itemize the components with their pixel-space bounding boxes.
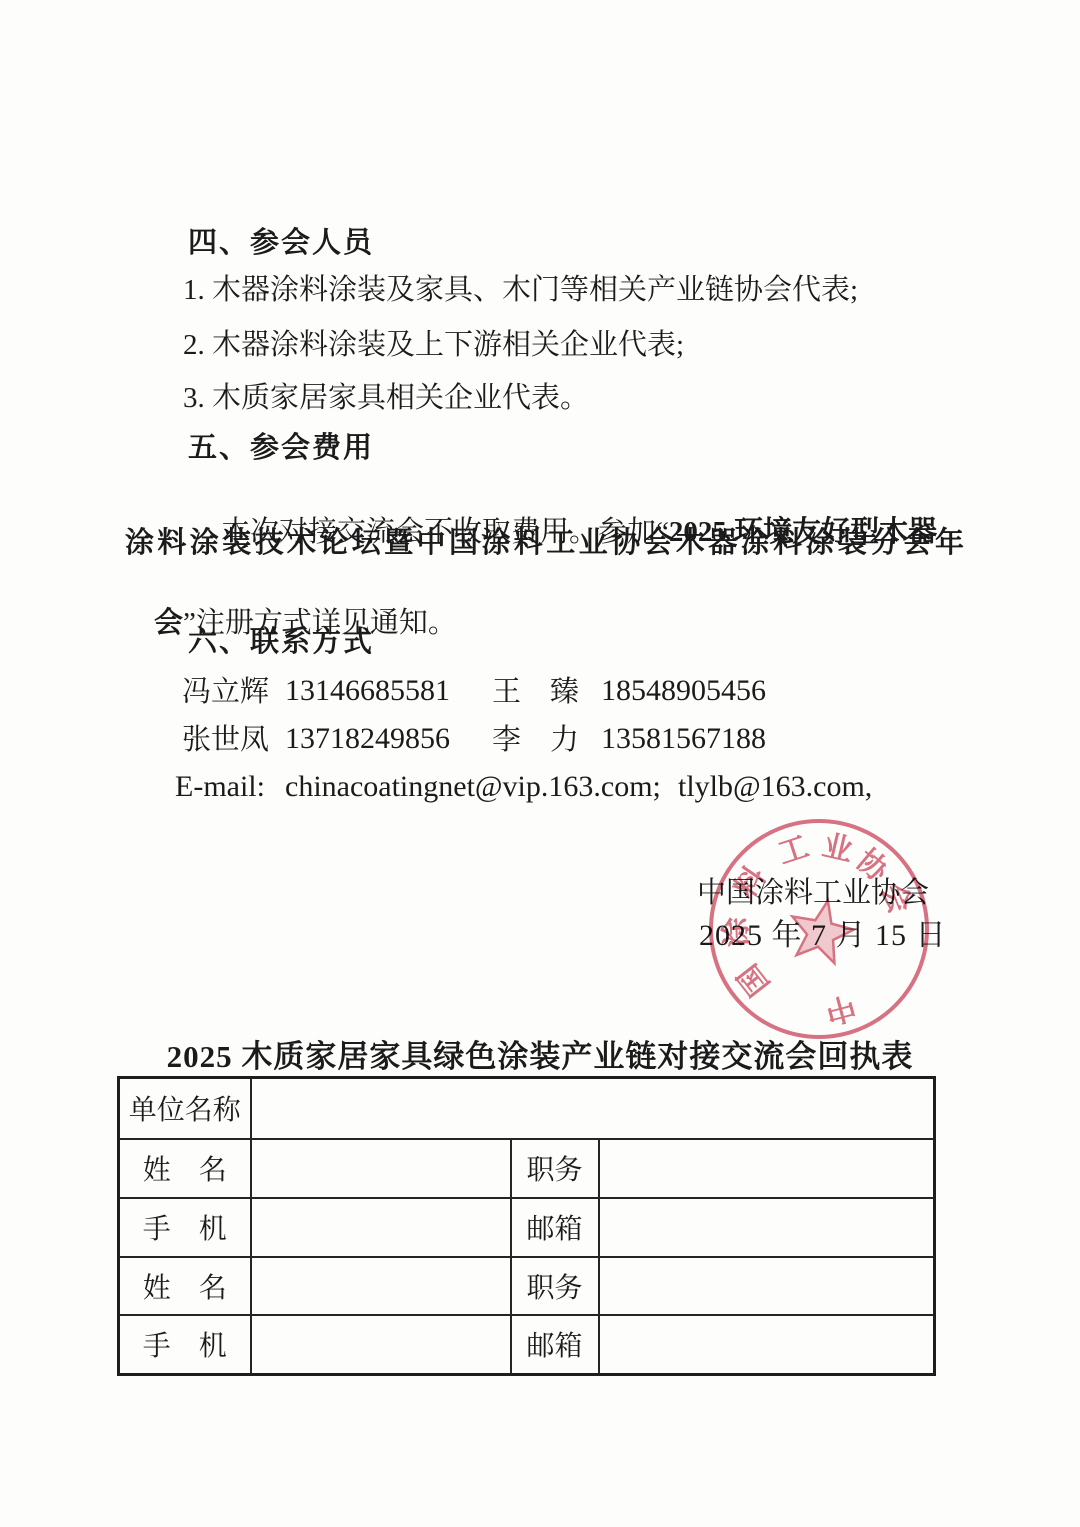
contact-name-4: 李 力: [492, 723, 579, 757]
field-label-title-2: 职务: [511, 1257, 599, 1315]
seal-ring-char: 工: [774, 830, 813, 871]
fee-line3-bold: 会: [154, 607, 183, 639]
field-input-mobile-1: [251, 1198, 511, 1257]
section-heading-fee: 五、参会费用: [188, 431, 374, 465]
contact-name-1: 冯立辉: [182, 675, 269, 709]
field-input-title-2: [599, 1257, 935, 1315]
contact-phone-3: 13718249856: [285, 722, 450, 756]
reply-form-table: 单位名称 姓 名 职务 手 机 邮箱 姓 名 职务 手 机 邮箱: [117, 1076, 936, 1376]
field-input-name-1: [251, 1139, 511, 1198]
field-input-company: [251, 1078, 935, 1139]
table-row-mobile-1: 手 机 邮箱: [119, 1198, 935, 1257]
section-heading-contact: 六、联系方式: [188, 625, 374, 659]
field-input-name-2: [251, 1257, 511, 1315]
field-input-email-2: [599, 1315, 935, 1375]
table-row-mobile-2: 手 机 邮箱: [119, 1315, 935, 1375]
email-address-2: tlylb@163.com,: [678, 770, 872, 804]
seal-ring-char: 协: [850, 844, 895, 889]
email-address-1: chinacoatingnet@vip.163.com;: [285, 770, 661, 804]
section-heading-attendees: 四、参会人员: [188, 226, 374, 260]
fee-paragraph-line2: 涂料涂装技术论坛暨中国涂料工业协会木器涂料涂装分会年: [125, 526, 967, 560]
table-row-name-1: 姓 名 职务: [119, 1139, 935, 1198]
contact-phone-4: 13581567188: [601, 722, 766, 756]
contact-phone-2: 18548905456: [601, 674, 766, 708]
contact-name-3: 张世凤: [182, 723, 269, 757]
field-input-title-1: [599, 1139, 935, 1198]
field-input-email-1: [599, 1198, 935, 1257]
field-label-title-1: 职务: [511, 1139, 599, 1198]
field-input-mobile-2: [251, 1315, 511, 1375]
seal-ring-char: 国: [732, 958, 776, 1002]
field-label-name-2: 姓 名: [119, 1257, 251, 1315]
table-row-company: 单位名称: [119, 1078, 935, 1139]
document-page: 四、参会人员 1. 木器涂料涂装及家具、木门等相关产业链协会代表; 2. 木器涂…: [0, 0, 1080, 1527]
seal-ring-char: 涂: [720, 916, 754, 947]
field-label-mobile-2: 手 机: [119, 1315, 251, 1375]
contact-name-2: 王 臻: [492, 675, 579, 709]
official-seal-stamp: 中 国 涂 料 工 业 协 会: [706, 816, 932, 1042]
seal-ring-char: 中: [822, 989, 860, 1029]
reply-table-title: 2025 木质家居家具绿色涂装产业链对接交流会回执表: [0, 1031, 1080, 1076]
list-item-3: 3. 木质家居家具相关企业代表。: [183, 381, 589, 415]
field-label-company: 单位名称: [119, 1078, 251, 1139]
field-label-email-2: 邮箱: [511, 1315, 599, 1375]
field-label-name-1: 姓 名: [119, 1139, 251, 1198]
email-label: E-mail:: [175, 770, 265, 804]
table-row-name-2: 姓 名 职务: [119, 1257, 935, 1315]
seal-ring-char: 料: [729, 861, 773, 904]
list-item-2: 2. 木器涂料涂装及上下游相关企业代表;: [183, 328, 684, 362]
contact-phone-1: 13146685581: [285, 674, 450, 708]
list-item-1: 1. 木器涂料涂装及家具、木门等相关产业链协会代表;: [183, 273, 858, 307]
field-label-email-1: 邮箱: [511, 1198, 599, 1257]
seal-ring-char: 业: [819, 829, 856, 868]
field-label-mobile-1: 手 机: [119, 1198, 251, 1257]
seal-star-icon: [792, 901, 853, 963]
seal-ring-char: 会: [875, 878, 917, 918]
